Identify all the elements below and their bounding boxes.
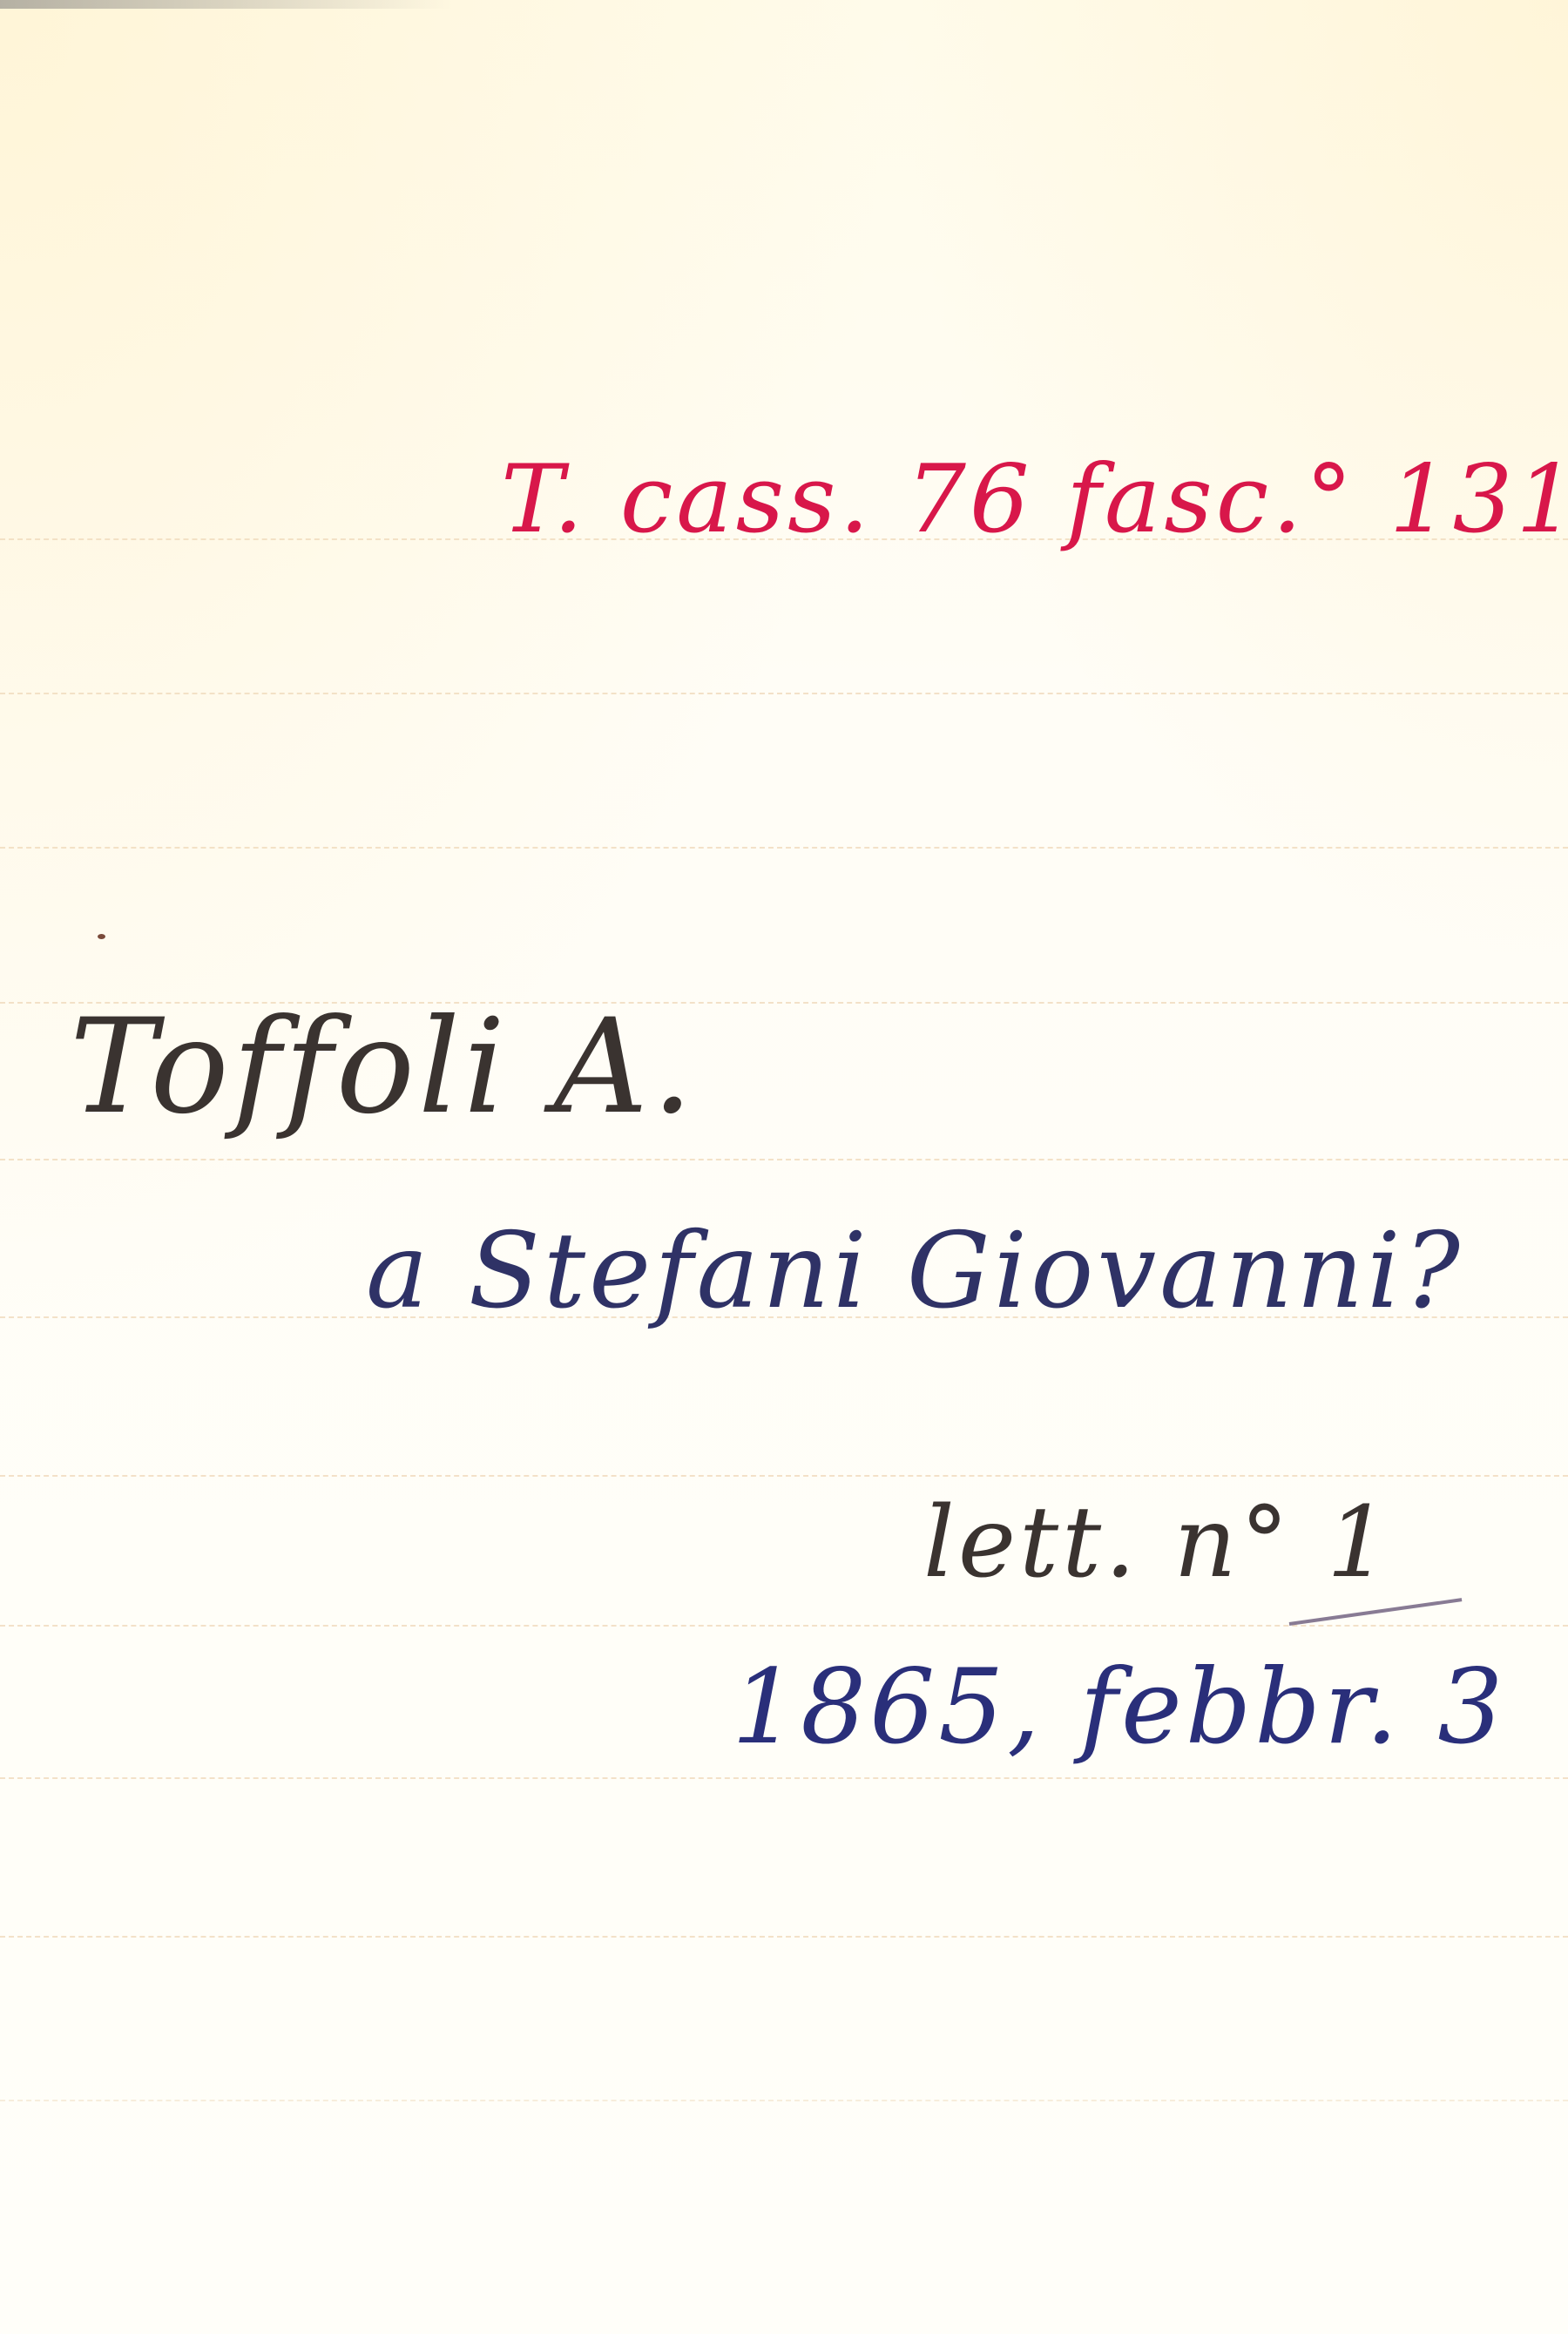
recipient-name: a Stefani Giovanni? xyxy=(366,1220,1463,1324)
ruled-line xyxy=(0,1625,1568,1627)
ruled-line xyxy=(0,1475,1568,1477)
item-number: lett. n° 1 xyxy=(923,1494,1392,1592)
shelfmark-red-part: T. cass. 76 fasc.° 131 xyxy=(501,445,1568,554)
ruled-line xyxy=(0,847,1568,849)
letter-date: 1865, febbr. 3 xyxy=(732,1655,1506,1758)
ink-dot xyxy=(98,934,105,939)
shelfmark: T. cass. 76 fasc.° 131.14 xyxy=(501,453,1568,547)
item-number-underline xyxy=(1289,1598,1463,1626)
ruled-line xyxy=(0,1936,1568,1938)
ruled-line xyxy=(0,1777,1568,1779)
author-name: Toffoli A. xyxy=(70,1002,697,1133)
scan-edge-shadow xyxy=(0,0,453,9)
index-card: T. cass. 76 fasc.° 131.14 Toffoli A. a S… xyxy=(0,0,1568,2334)
ruled-line xyxy=(0,1159,1568,1160)
ruled-line xyxy=(0,2100,1568,2101)
ruled-line xyxy=(0,693,1568,694)
